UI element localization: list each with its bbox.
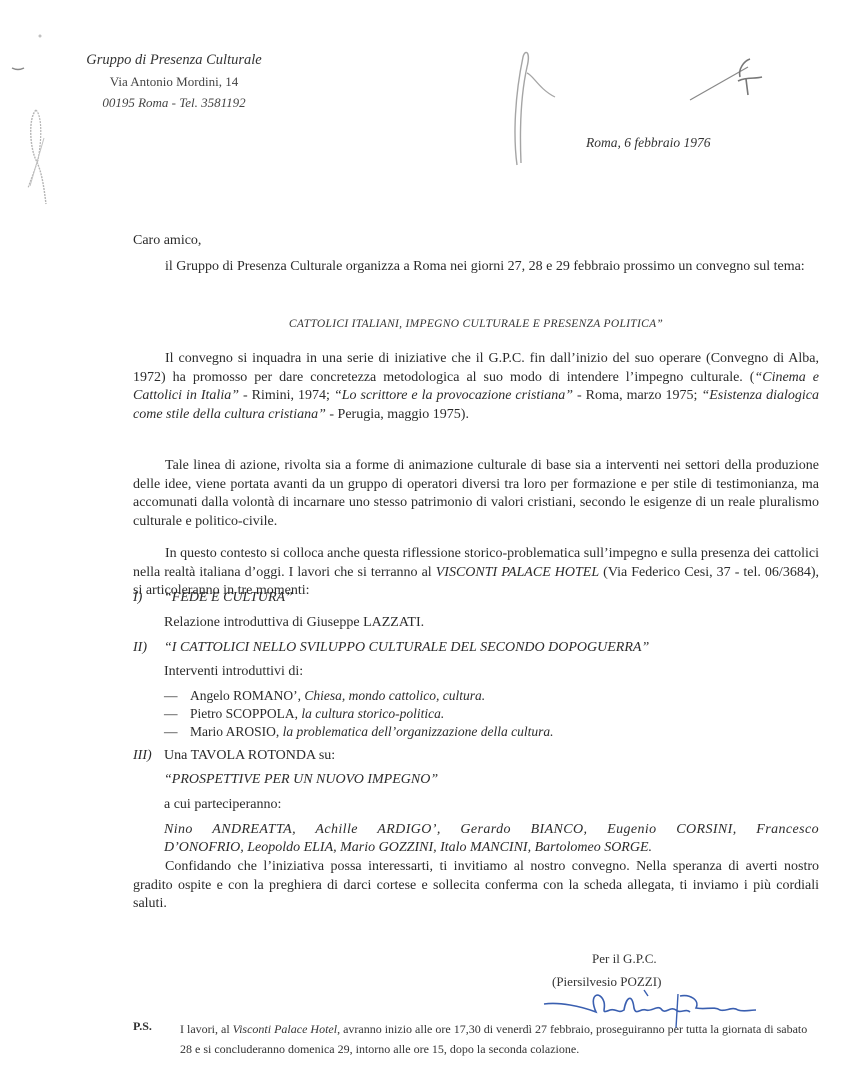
- venue-name: Visconti Palace Hotel: [233, 1022, 337, 1036]
- speaker-name: Mario AROSIO,: [190, 724, 283, 739]
- salutation: Caro amico,: [133, 233, 201, 249]
- pencil-loop-mark: [22, 108, 62, 208]
- paragraph-text: - Rimini, 1974;: [239, 388, 334, 403]
- paragraph-text: Tale linea di azione, rivolta sia a form…: [133, 458, 819, 529]
- speaker-item: —Mario AROSIO, la problematica dell’orga…: [164, 724, 554, 740]
- pencil-annotation-mark: [505, 45, 575, 170]
- conference-theme: CATTOLICI ITALIANI, IMPEGNO CULTURALE E …: [133, 318, 819, 330]
- paragraph-text: Il convegno si inquadra in una serie di …: [133, 351, 819, 385]
- dash-bullet: —: [164, 724, 190, 740]
- section-intro: Una TAVOLA ROTONDA su:: [164, 748, 335, 764]
- speaker-name: Angelo ROMANO’,: [190, 688, 304, 703]
- pencil-dot-mark: [36, 32, 46, 42]
- event-title: “Lo scrittore e la provocazione cristian…: [334, 388, 573, 403]
- pencil-initial-mark: [688, 55, 768, 110]
- closing-paragraph: Confidando che l’iniziativa possa intere…: [133, 858, 819, 914]
- paragraph-initiatives: Il convegno si inquadra in una serie di …: [133, 350, 819, 424]
- section-numeral: II): [133, 640, 147, 656]
- speaker-name: Pietro SCOPPOLA,: [190, 706, 301, 721]
- dash-bullet: —: [164, 688, 190, 704]
- section-numeral: III): [133, 748, 152, 764]
- speaker-item: —Angelo ROMANO’, Chiesa, mondo cattolico…: [164, 688, 485, 704]
- letterhead: Gruppo di Presenza Culturale Via Antonio…: [0, 50, 330, 113]
- organization-city-phone: 00195 Roma - Tel. 3581192: [18, 92, 330, 113]
- paragraph-action: Tale linea di azione, rivolta sia a form…: [133, 457, 819, 531]
- speaker-topic: la problematica dell’organizzazione dell…: [283, 724, 554, 739]
- dash-bullet: —: [164, 706, 190, 722]
- speaker-item: —Pietro SCOPPOLA, la cultura storico-pol…: [164, 706, 444, 722]
- participants-line: Nino ANDREATTA, Achille ARDIGO’, Gerardo…: [164, 822, 819, 838]
- section-numeral: I): [133, 590, 142, 606]
- speaker-topic: la cultura storico-politica.: [301, 706, 444, 721]
- intro-text: il Gruppo di Presenza Culturale organizz…: [165, 259, 805, 274]
- participants-line: D’ONOFRIO, Leopoldo ELIA, Mario GOZZINI,…: [164, 840, 652, 856]
- intro-paragraph: il Gruppo di Presenza Culturale organizz…: [133, 258, 819, 277]
- paragraph-text: Confidando che l’iniziativa possa intere…: [133, 859, 819, 911]
- paragraph-text: - Roma, marzo 1975;: [573, 388, 701, 403]
- section-title: “FEDE E CULTURA”: [164, 590, 293, 606]
- section-title: “PROSPETTIVE PER UN NUOVO IMPEGNO”: [164, 772, 438, 788]
- section-detail: a cui parteciperanno:: [164, 797, 281, 813]
- speaker-topic: Chiesa, mondo cattolico, cultura.: [304, 688, 485, 703]
- letter-date: Roma, 6 febbraio 1976: [586, 135, 711, 151]
- signature-on-behalf: Per il G.P.C.: [592, 951, 657, 967]
- venue-name: VISCONTI PALACE HOTEL: [436, 565, 599, 580]
- organization-address: Via Antonio Mordini, 14: [18, 71, 330, 92]
- postscript-text-part: I lavori, al: [180, 1022, 233, 1036]
- organization-name: Gruppo di Presenza Culturale: [18, 50, 330, 71]
- section-title: “I CATTOLICI NELLO SVILUPPO CULTURALE DE…: [164, 640, 649, 656]
- postscript-label: P.S.: [133, 1019, 152, 1034]
- section-detail: Interventi introduttivi di:: [164, 664, 303, 680]
- postscript-text: I lavori, al Visconti Palace Hotel, avra…: [180, 1019, 820, 1059]
- paragraph-text: - Perugia, maggio 1975).: [326, 407, 469, 422]
- section-detail: Relazione introduttiva di Giuseppe LAZZA…: [164, 615, 424, 631]
